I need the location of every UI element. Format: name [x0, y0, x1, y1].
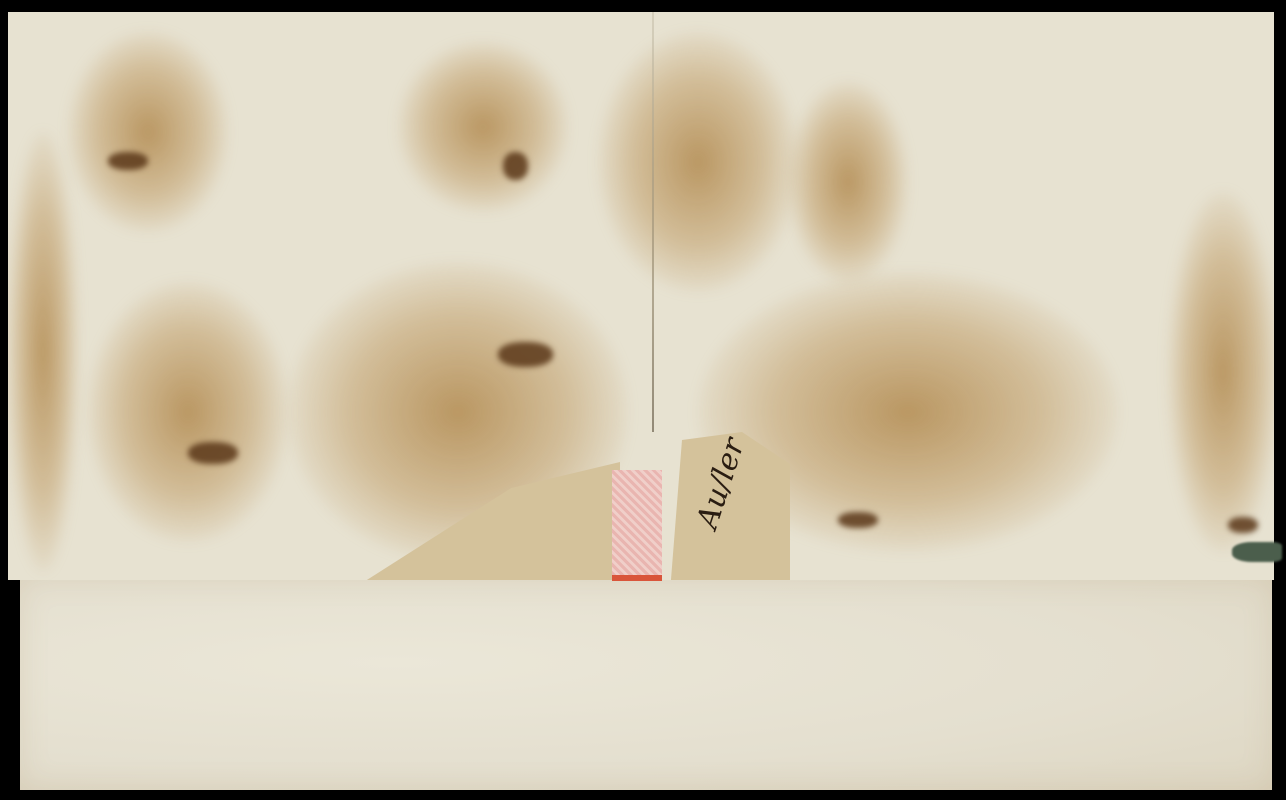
ink-stain: [1168, 192, 1274, 552]
letter-lower-panel: [20, 578, 1272, 790]
wax-seal-residue: [612, 470, 662, 581]
ink-blot: [498, 342, 553, 367]
ink-blot: [503, 152, 528, 180]
fold-crease: [652, 12, 654, 432]
ink-blot: [1228, 517, 1258, 533]
ink-blot: [108, 152, 148, 170]
ink-stain: [398, 42, 568, 212]
ink-stain: [68, 32, 228, 232]
ink-stain: [788, 82, 908, 282]
ink-blot: [188, 442, 238, 464]
ink-blot: [838, 512, 878, 528]
ink-stain: [88, 282, 288, 542]
ink-stain: [8, 132, 78, 572]
ink-stain: [598, 32, 798, 292]
green-stain: [1232, 542, 1282, 562]
